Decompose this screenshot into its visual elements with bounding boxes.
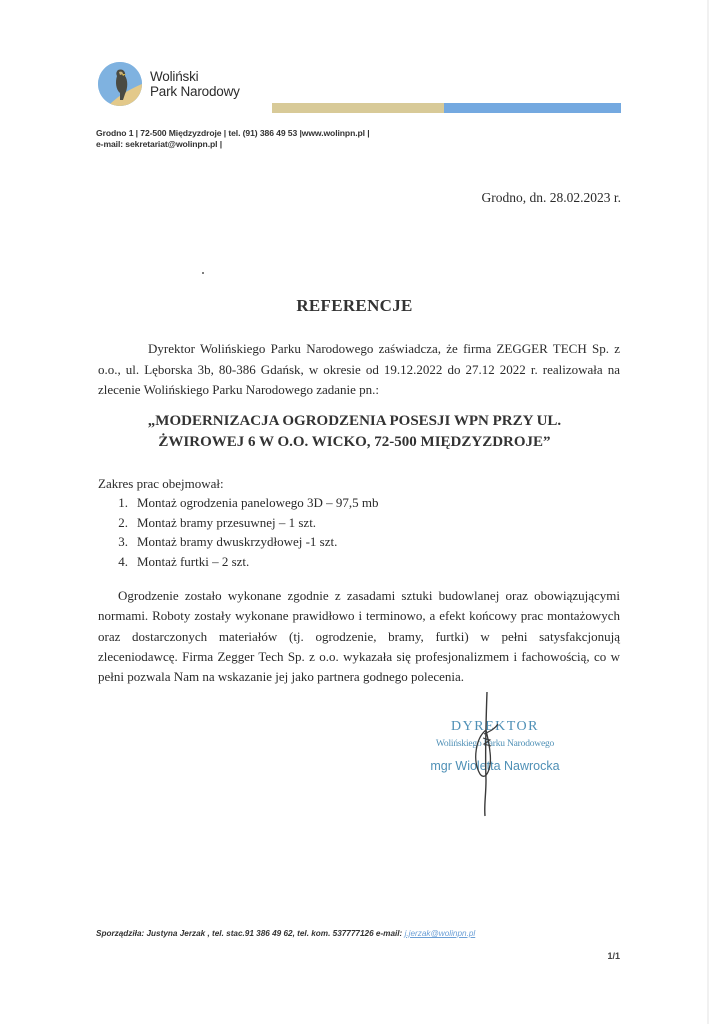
body-text: Ogrodzenie zostało wykonane zgodnie z za… [98, 588, 620, 684]
falcon-emblem-icon [98, 62, 142, 106]
org-name: Woliński Park Narodowy [150, 69, 240, 99]
scope-item: 4.Montaż furtki – 2 szt. [98, 552, 379, 572]
body-paragraph: Ogrodzenie zostało wykonane zgodnie z za… [98, 586, 620, 687]
scope-item: 1.Montaż ogrodzenia panelowego 3D – 97,5… [98, 493, 379, 513]
handwritten-signature-icon [440, 690, 520, 820]
page-number: 1/1 [607, 951, 620, 961]
project-line2: ŻWIROWEJ 6 W O.O. WICKO, 72-500 MIĘDZYZD… [0, 432, 709, 453]
prepared-by-note: Sporządziła: Justyna Jerzak , tel. stac.… [96, 929, 475, 938]
org-name-line2: Park Narodowy [150, 84, 240, 99]
contact-line-email: e-mail: sekretariat@wolinpn.pl | [96, 139, 370, 150]
scan-speck [202, 272, 204, 274]
intro-text: Dyrektor Wolińskiego Parku Narodowego za… [98, 341, 620, 397]
scope-label: Zakres prac obejmował: [98, 476, 224, 492]
header-band-sand [272, 103, 444, 113]
scope-item: 3.Montaż bramy dwuskrzydłowej -1 szt. [98, 532, 379, 552]
project-line1: „MODERNIZACJA OGRODZENIA POSESJI WPN PRZ… [0, 411, 709, 432]
contact-info: Grodno 1 | 72-500 Międzyzdroje | tel. (9… [96, 128, 370, 150]
document-title: REFERENCJE [0, 296, 709, 316]
scope-item: 2.Montaż bramy przesuwnej – 1 szt. [98, 513, 379, 533]
contact-line-address: Grodno 1 | 72-500 Międzyzdroje | tel. (9… [96, 128, 370, 139]
scope-list: 1.Montaż ogrodzenia panelowego 3D – 97,5… [98, 493, 379, 571]
intro-paragraph: Dyrektor Wolińskiego Parku Narodowego za… [98, 339, 620, 401]
org-name-line1: Woliński [150, 69, 240, 84]
prepared-by-email-link[interactable]: j.jerzak@wolinpn.pl [405, 929, 476, 938]
date-line: Grodno, dn. 28.02.2023 r. [482, 190, 622, 206]
header-band-blue [444, 103, 621, 113]
project-name: „MODERNIZACJA OGRODZENIA POSESJI WPN PRZ… [0, 411, 709, 453]
prepared-by-text: Sporządziła: Justyna Jerzak , tel. stac.… [96, 929, 405, 938]
